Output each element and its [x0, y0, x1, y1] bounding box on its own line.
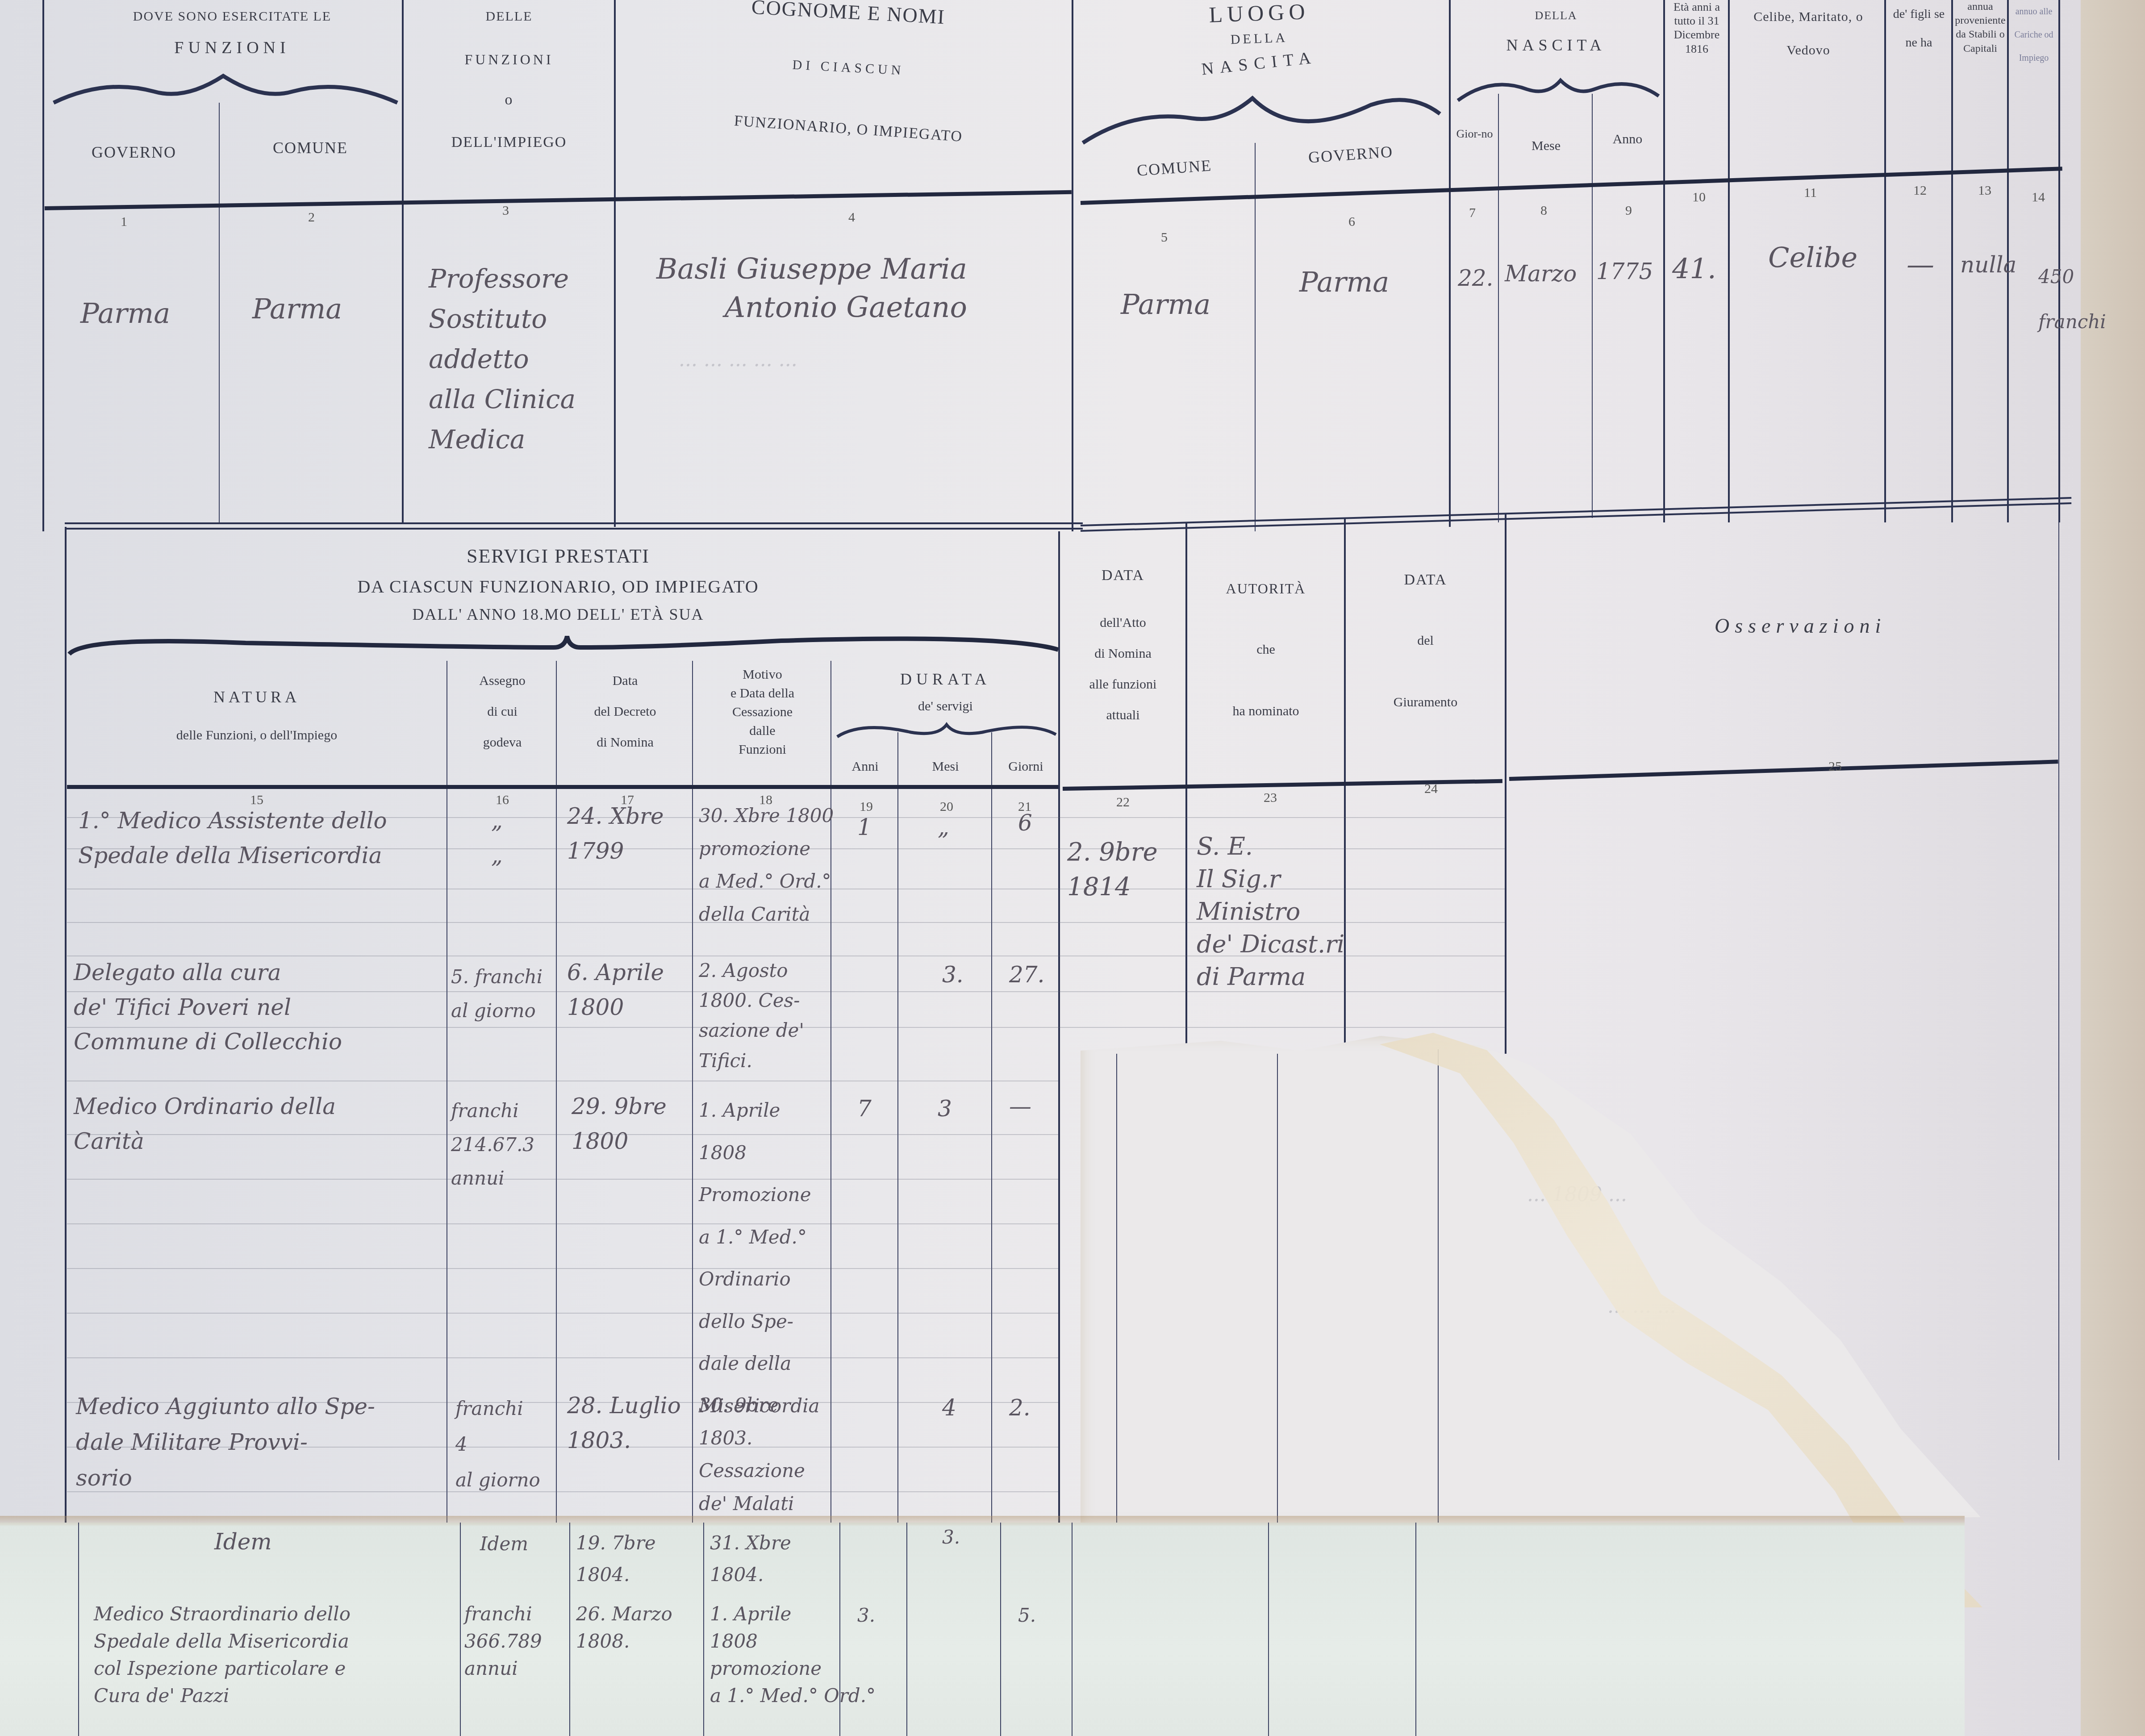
section-rule-left-2 [65, 528, 1083, 530]
cell-autorita: S. E. Il Sig.r Ministro de' Dicast.ri di… [1197, 830, 1344, 993]
row-motivo: 30. 9bre 1803. Cessazione de' Malati [699, 1389, 805, 1520]
col-number: 24 [1424, 781, 1438, 797]
col-number: 23 [1264, 790, 1277, 805]
header-rendita: annua proveniente da Stabili o Capitali [1953, 0, 2007, 56]
col-number: 19 [860, 799, 873, 814]
cell-governo: Parma [80, 295, 170, 332]
cell-stato: Celibe [1768, 239, 1857, 276]
header-o: o [404, 92, 614, 108]
svc-col-sep [1185, 522, 1187, 1045]
cell-rendita: nulla [1960, 250, 2016, 280]
header-funzioni-2: Funzioni [404, 51, 614, 68]
row-data-decreto: 28. Luglio 1803. [567, 1389, 681, 1458]
svc-header-durata: Durata [833, 670, 1058, 689]
col-sep-4 [1072, 0, 1073, 531]
table-border-left-lower [65, 527, 67, 1527]
table-border-left [42, 0, 44, 531]
row-anni: 7 [857, 1094, 872, 1124]
brace-icon [51, 74, 400, 105]
svc-subcol-mesi: Mesi [900, 759, 991, 774]
row-data-decreto: 6. Aprile 1800 [567, 956, 664, 1025]
col-number: 3 [502, 203, 509, 218]
col-number: 20 [940, 799, 953, 814]
svc-col-sep [447, 661, 447, 1523]
row-data-decreto: 26. Marzo 1808. [576, 1601, 672, 1655]
row-mesi: 3. [942, 1525, 960, 1550]
col-sep-11 [1884, 0, 1886, 522]
svc-header-data-atto: dell'Atto di Nomina alle funzioni attual… [1060, 607, 1185, 730]
header-eta: Età anni a tutto il 31 Dicembre 1816 [1665, 0, 1728, 56]
lower-col-line [460, 1523, 461, 1736]
svc-header-data-giuramento: del Giuramento [1346, 625, 1505, 718]
row-motivo: 1. Aprile 1808 Promozione a 1.° Med.° Or… [699, 1089, 820, 1427]
row-mesi: 3. [942, 960, 964, 990]
row-assegno: 5. franchi al giorno [451, 960, 543, 1027]
row-mesi: 4 [942, 1393, 956, 1423]
brace-icon [1456, 76, 1661, 103]
row-assegno: franchi 366.789 annui [464, 1601, 542, 1682]
row-giorni: 2. [1009, 1393, 1031, 1423]
row-data-decreto: 24. Xbre 1799 [567, 799, 664, 868]
cell-funzione: Professore Sostituto addetto alla Clinic… [429, 259, 576, 459]
svc-header-data-decreto: Data del Decreto di Nomina [558, 665, 692, 758]
header-funzioni: Funzioni [63, 38, 402, 58]
svc-col-sep [897, 732, 898, 1523]
row-mesi: „ [938, 813, 949, 843]
svc-col-sep [556, 661, 557, 1523]
col-number: 11 [1804, 185, 1817, 200]
services-subtitle: da ciascun Funzionario, od Impiegato [67, 576, 1049, 597]
col-sep-9 [1663, 0, 1665, 522]
col-number: 4 [848, 210, 855, 225]
row-mesi: 3 [938, 1094, 952, 1124]
torn-col-line [1277, 1054, 1278, 1523]
subcol-governo: Governo [49, 143, 219, 162]
lower-col-line [569, 1523, 570, 1736]
col-number: 2 [308, 210, 315, 225]
header-figli: de' figli se ne ha [1886, 0, 1951, 58]
svc-header-natura: Natura [67, 688, 447, 706]
col-number: 13 [1978, 183, 1991, 198]
brace-icon [1081, 87, 1447, 145]
svc-header-data-atto-title: Data [1060, 567, 1185, 584]
svc-col-sep [991, 732, 992, 1523]
lower-col-line [1000, 1523, 1001, 1736]
torn-col-line [1116, 1054, 1117, 1523]
services-header-rule [67, 785, 1058, 789]
svc-header-osservazioni: Osservazioni [1715, 614, 1886, 638]
subcol-anno: Anno [1592, 132, 1663, 147]
services-title: Servigi Prestati [67, 545, 1049, 568]
subcol-comune: Comune [221, 138, 400, 157]
col-number: 6 [1348, 214, 1355, 230]
svc-col-sep [2058, 522, 2059, 1460]
cell-anno: 1775 [1596, 257, 1653, 287]
cell-mese: Marzo [1505, 259, 1577, 289]
header-stato-civile: Celibe, Maritato, o Vedovo [1732, 0, 1884, 67]
header-assegno: annuo alle Cariche od Impiego [2009, 0, 2058, 70]
row-motivo: 31. Xbre 1804. [710, 1527, 791, 1591]
col-number: 5 [1161, 230, 1168, 245]
col-number: 1 [121, 214, 127, 230]
lower-col-line [906, 1523, 907, 1736]
col-number: 7 [1469, 205, 1476, 221]
col-sep-12 [1951, 0, 1953, 522]
cell-eta: 41. [1672, 250, 1716, 288]
col-sep-10 [1728, 0, 1730, 522]
header-dell-impiego: dell'Impiego [404, 134, 614, 151]
ruled-line [67, 1179, 1058, 1180]
ruled-line [67, 1357, 1058, 1358]
svc-header-assegno: Assegno di cui godeva [449, 665, 556, 758]
header-delle: Delle [404, 9, 614, 24]
row-natura: Medico Ordinario della Carità [74, 1089, 336, 1159]
row-motivo: 2. Agosto 1800. Ces- sazione de' Tifici. [699, 956, 804, 1076]
svc-header-natura-sub: delle Funzioni, o dell'Impiego [67, 728, 447, 743]
svc-subcol-anni: Anni [833, 759, 897, 774]
brace-icon [835, 721, 1058, 739]
svc-subcol-giorni: Giorni [993, 759, 1058, 774]
col-number: 10 [1692, 190, 1706, 205]
col-sep-1 [219, 103, 220, 522]
row-assegno: franchi 214.67.3 annui [451, 1094, 534, 1195]
row-data-decreto: 29. 9bre 1800 [572, 1089, 667, 1159]
row-natura: Medico Aggiunto allo Spe- dale Militare … [76, 1389, 375, 1496]
header-nascita-2: Nascita [1451, 36, 1661, 54]
row-natura: Medico Straordinario dello Spedale della… [94, 1601, 351, 1710]
subcol-mese: Mese [1500, 138, 1592, 154]
col-sep-8 [1592, 94, 1593, 518]
lower-col-line [1268, 1523, 1269, 1736]
svc-header-data-giuramento-title: Data [1346, 572, 1505, 588]
svc-header-autorita: che ha nominato [1188, 634, 1344, 726]
col-sep-7 [1498, 94, 1499, 522]
brace-icon [67, 634, 1063, 656]
row-giorni: 6 [1018, 808, 1032, 839]
lower-col-line [78, 1523, 79, 1736]
torn-col-line [1438, 1049, 1439, 1523]
col-number: 22 [1116, 795, 1130, 810]
row-data-decreto: 19. 7bre 1804. [576, 1527, 656, 1591]
row-natura: Idem [214, 1527, 272, 1557]
ruled-line [67, 1313, 1058, 1314]
col-number: 12 [1913, 183, 1927, 198]
header-dove-sono: Dove sono esercitate le [63, 9, 402, 24]
lower-col-line [1415, 1523, 1416, 1736]
col-number: 25 [1828, 759, 1842, 774]
col-number: 9 [1625, 203, 1632, 218]
svc-header-motivo: Motivo e Data della Cessazione dalle Fun… [694, 665, 830, 759]
col-sep-5 [1255, 143, 1256, 531]
row-anni: 1 [857, 813, 872, 843]
row-assegno: „ „ [491, 804, 503, 873]
ruled-line [67, 1223, 1058, 1224]
col-sep-2 [402, 0, 404, 522]
svc-header-durata-sub: de' servigi [833, 699, 1058, 714]
row-natura: 1.° Medico Assistente dello Spedale dell… [78, 804, 387, 873]
row-assegno: franchi 4 al giorno [455, 1391, 540, 1498]
row-giorni: — [1009, 1092, 1031, 1122]
cell-nascita-governo: Parma [1299, 263, 1389, 301]
section-rule-left [65, 522, 1083, 524]
lower-col-line [703, 1523, 704, 1736]
col-number: 14 [2032, 190, 2045, 205]
cell-giorno: 22. [1458, 263, 1494, 294]
row-anni: 3. [857, 1603, 875, 1628]
row-assegno: Idem [480, 1532, 528, 1557]
services-subtitle-2: dall' anno 18.mo dell' età sua [67, 605, 1049, 624]
cell-data-atto: 2. 9bre 1814 [1067, 835, 1158, 905]
bleed-through-text: ... ... ... ... ... [679, 348, 797, 371]
row-giorni: 5. [1018, 1603, 1036, 1628]
svc-col-sep [692, 661, 693, 1523]
ruled-line [67, 1081, 1058, 1081]
col-number: 8 [1540, 203, 1547, 218]
cell-nome: Basli Giuseppe Maria Antonio Gaetano [656, 250, 967, 327]
row-motivo: 1. Aprile 1808 promozione a 1.° Med.° Or… [710, 1601, 876, 1710]
page-fold [0, 1516, 1965, 1526]
row-giorni: 27. [1009, 960, 1045, 990]
cell-assegno: 450 franchi [2038, 255, 2106, 345]
cell-comune: Parma [252, 290, 342, 328]
cell-nascita-comune: Parma [1121, 286, 1210, 323]
col-sep-3 [614, 0, 616, 527]
row-natura: Delegato alla cura de' Tifici Poveri nel… [74, 956, 342, 1060]
subcol-giorno: Gior-no [1451, 127, 1498, 141]
svc-header-autorita-title: Autorità [1188, 580, 1344, 597]
svc-col-sep [830, 661, 831, 1523]
col-sep-6 [1449, 0, 1451, 527]
header-della-2: della [1451, 9, 1661, 22]
ruled-line [67, 1268, 1058, 1269]
lower-col-line [1072, 1523, 1072, 1736]
svc-col-sep [1505, 513, 1507, 1054]
cell-figli: — [1907, 246, 1934, 283]
row-motivo: 30. Xbre 1800 promozione a Med.° Ord.° d… [699, 799, 834, 931]
